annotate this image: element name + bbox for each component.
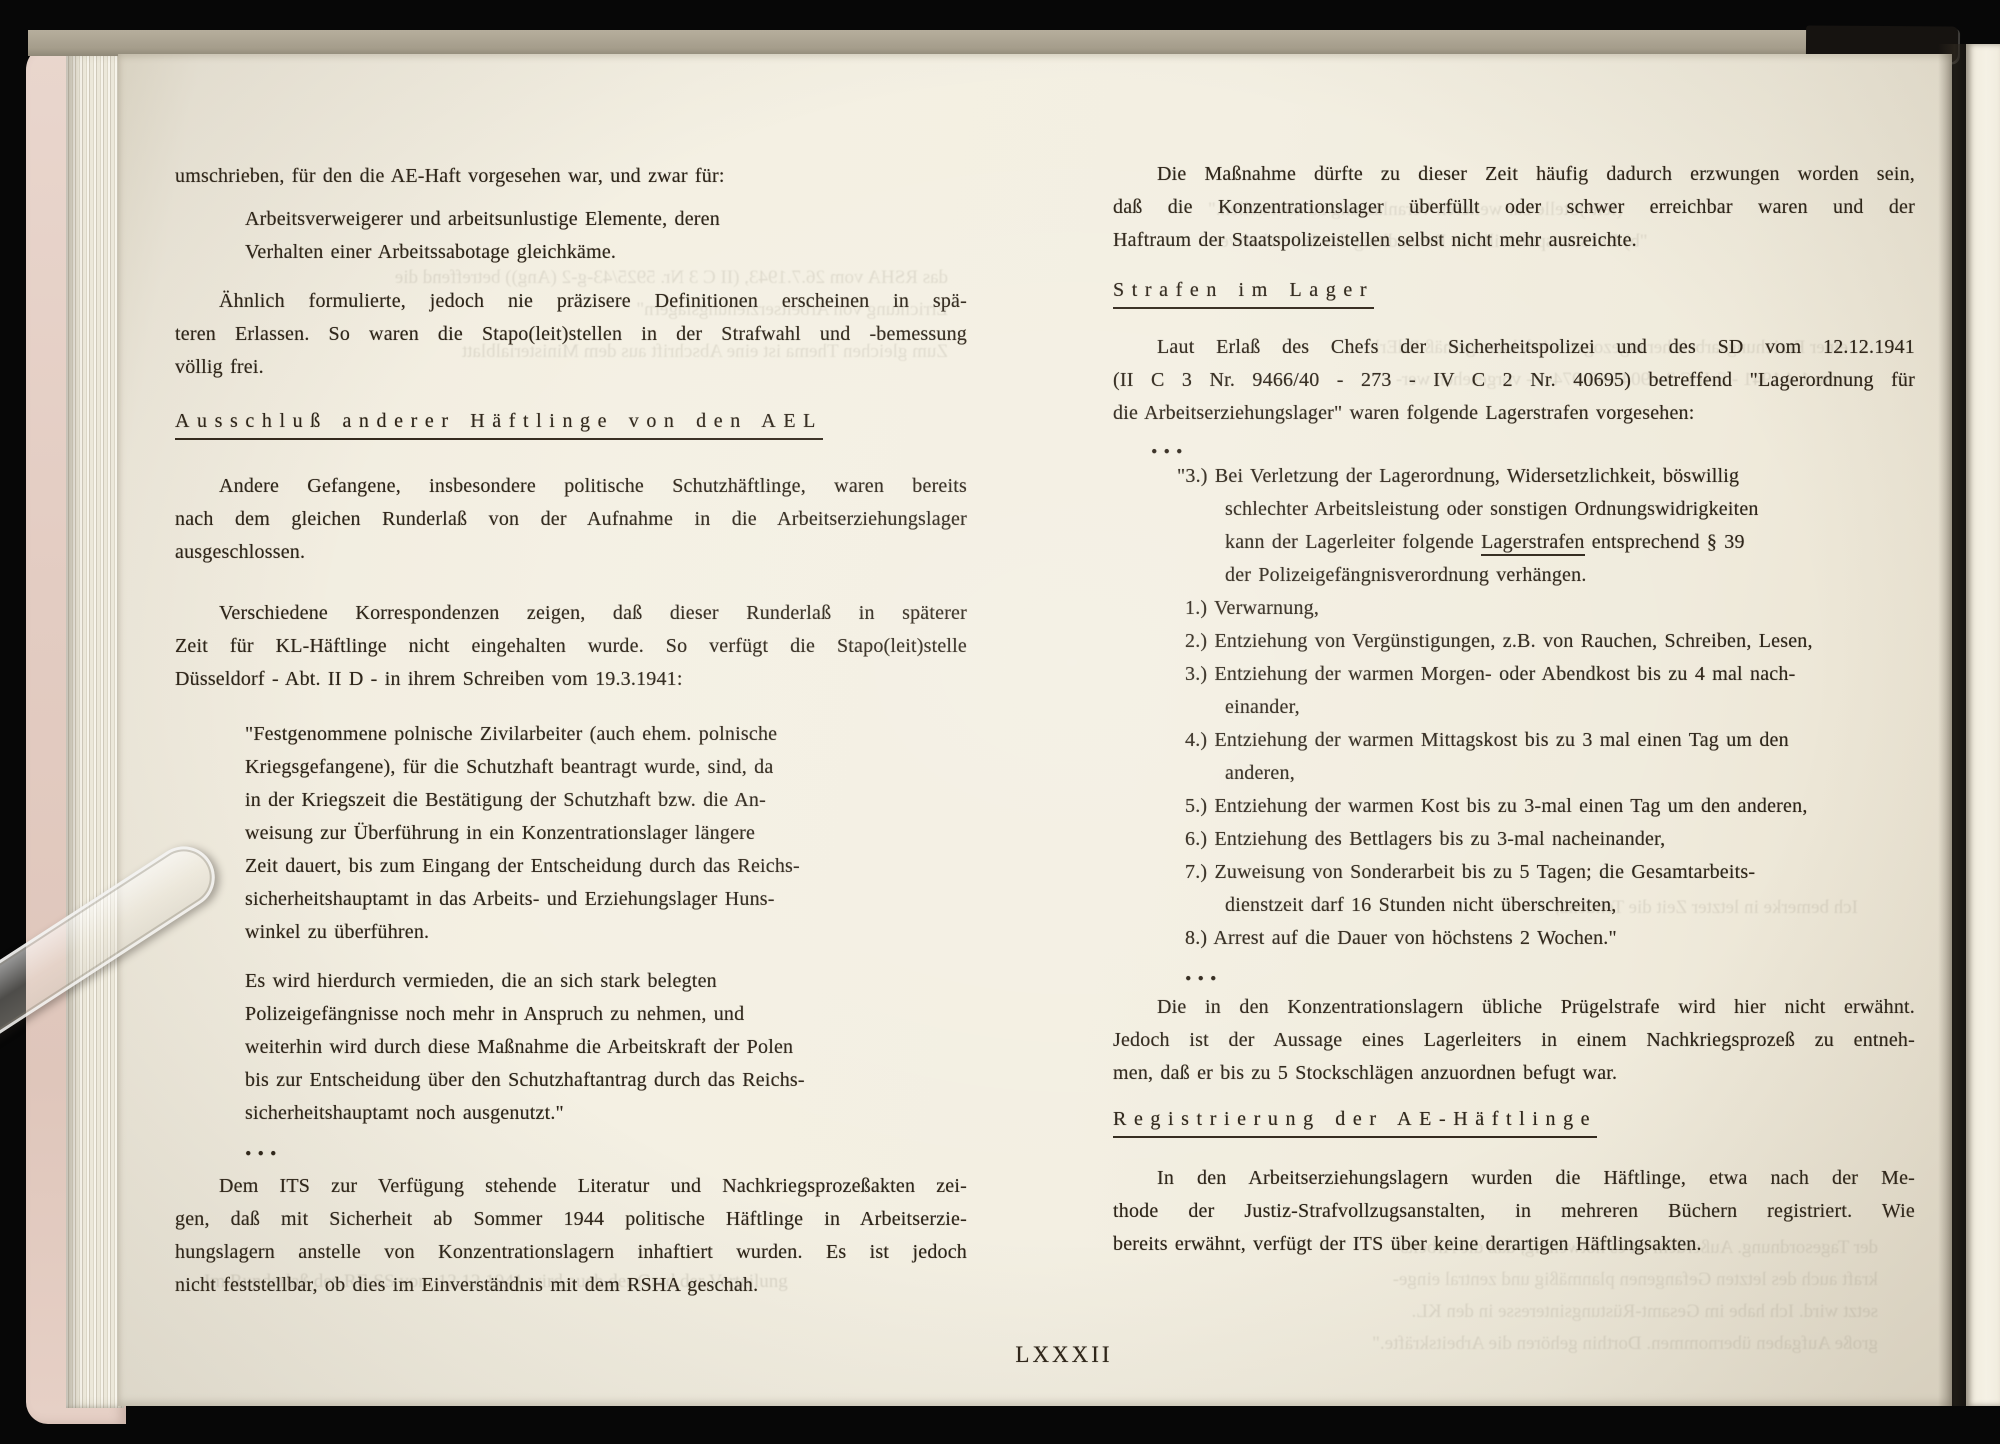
list-item: 5.) Entziehung der warmen Kost bis zu 3-…	[1113, 790, 1915, 823]
section-heading-ausschluss: Ausschluß anderer Häftlinge von den AEL	[175, 410, 967, 440]
text-line: umschrieben, für den die AE-Haft vorgese…	[175, 160, 967, 193]
heading-text: Ausschluß anderer Häftlinge von den AEL	[175, 410, 823, 440]
list-item: 7.) Zuweisung von Sonderarbeit bis zu 5 …	[1113, 856, 1915, 889]
text-line: teren Erlassen. So waren die Stapo(leit)…	[175, 318, 967, 351]
text-line: weisung zur Überführung in ein Konzentra…	[175, 817, 967, 850]
text-line: nicht feststellbar, ob dies im Einverstä…	[175, 1269, 967, 1302]
list-item-continuation: einander,	[1113, 691, 1915, 724]
punishment-list: 1.) Verwarnung, 2.) Entziehung von Vergü…	[1113, 592, 1915, 955]
text-line: In den Arbeitserziehungslagern wurden di…	[1113, 1162, 1915, 1195]
text-line: weiterhin wird durch diese Maßnahme die …	[175, 1031, 967, 1064]
text-line: Polizeigefängnisse noch mehr in Anspruch…	[175, 998, 967, 1031]
paragraph-verschiedene: Verschiedene Korrespondenzen zeigen, daß…	[175, 597, 967, 696]
paragraph-lauterlass: Laut Erlaß des Chefs der Sicherheitspoli…	[1113, 331, 1915, 430]
text-line: in der Kriegszeit die Bestätigung der Sc…	[175, 784, 967, 817]
text-line: sicherheitshauptamt noch ausgenutzt."	[175, 1097, 967, 1130]
book-page: das RSHA vom 26.7.1943, (II C 3 Nr. 5925…	[118, 54, 1952, 1406]
text-line: Kriegsgefangene), für die Schutzhaft bea…	[175, 751, 967, 784]
text-line: Die in den Konzentrationslagern übliche …	[1113, 991, 1915, 1024]
text-line: Verhalten einer Arbeitssabotage gleichkä…	[175, 236, 967, 269]
text-line: nach dem gleichen Runderlaß von der Aufn…	[175, 503, 967, 536]
text-line: (II C 3 Nr. 9466/40 - 273 - IV C 2 Nr. 4…	[1113, 364, 1915, 397]
heading-text: Strafen im Lager	[1113, 279, 1374, 309]
text-segment: kann der Lagerleiter folgende	[1225, 531, 1481, 553]
list-item-continuation: dienstzeit darf 16 Stunden nicht übersch…	[1113, 889, 1915, 922]
list-item: 2.) Entziehung von Vergünstigungen, z.B.…	[1113, 625, 1915, 658]
text-line: Andere Gefangene, insbesondere politisch…	[175, 470, 967, 503]
list-item: 4.) Entziehung der warmen Mittagskost bi…	[1113, 724, 1915, 757]
page-number: LXXXII	[1004, 1342, 1124, 1368]
text-line: Verschiedene Korrespondenzen zeigen, daß…	[175, 597, 967, 630]
list-item: 8.) Arrest auf die Dauer von höchstens 2…	[1113, 922, 1915, 955]
text-line: Zeit für KL-Häftlinge nicht eingehalten …	[175, 630, 967, 663]
paragraph-demits: Dem ITS zur Verfügung stehende Literatur…	[175, 1170, 967, 1302]
left-text-column: umschrieben, für den die AE-Haft vorgese…	[175, 160, 967, 1302]
section-heading-strafen: Strafen im Lager	[1113, 279, 1915, 309]
heading-text: Registrierung der AE-Häftlinge	[1113, 1108, 1597, 1138]
page-block-top-edge	[28, 30, 1808, 56]
paragraph-andere: Andere Gefangene, insbesondere politisch…	[175, 470, 967, 569]
ellipsis-marker: ...	[1113, 434, 1915, 456]
list-item: 6.) Entziehung des Bettlagers bis zu 3-m…	[1113, 823, 1915, 856]
paragraph-intro: umschrieben, für den die AE-Haft vorgese…	[175, 160, 967, 193]
gutter-shadow	[1938, 44, 1966, 1406]
blockquote-lagerordnung: "3.) Bei Verletzung der Lagerordnung, Wi…	[1113, 460, 1915, 592]
text-line: Jedoch ist der Aussage eines Lagerleiter…	[1113, 1024, 1915, 1057]
underlined-word: Lagerstrafen	[1481, 531, 1584, 556]
text-line: Die Maßnahme dürfte zu dieser Zeit häufi…	[1113, 158, 1915, 191]
list-item: 3.) Entziehung der warmen Morgen- oder A…	[1113, 658, 1915, 691]
text-line: Ähnlich formulierte, jedoch nie präziser…	[175, 285, 967, 318]
text-line: thode der Justiz-Strafvollzugsanstalten,…	[1113, 1195, 1915, 1228]
paragraph-massnahme: Die Maßnahme dürfte zu dieser Zeit häufi…	[1113, 158, 1915, 257]
paragraph-inden: In den Arbeitserziehungslagern wurden di…	[1113, 1162, 1915, 1261]
text-line: Düsseldorf - Abt. II D - in ihrem Schrei…	[175, 663, 967, 696]
text-line: winkel zu überführen.	[175, 916, 967, 949]
paragraph-pruegelstrafe: Die in den Konzentrationslagern übliche …	[1113, 991, 1915, 1090]
text-line: schlechter Arbeitsleistung oder sonstige…	[1113, 493, 1915, 526]
text-line: Dem ITS zur Verfügung stehende Literatur…	[175, 1170, 967, 1203]
blockquote-eswird: Es wird hierdurch vermieden, die an sich…	[175, 965, 967, 1130]
ellipsis-marker: ...	[1113, 961, 1915, 983]
text-line: bereits erwähnt, verfügt der ITS über ke…	[1113, 1228, 1915, 1261]
text-line: kann der Lagerleiter folgende Lagerstraf…	[1113, 526, 1915, 559]
list-item: 1.) Verwarnung,	[1113, 592, 1915, 625]
text-line: Arbeitsverweigerer und arbeitsunlustige …	[175, 203, 967, 236]
page-stack-fore-edge	[66, 52, 124, 1408]
text-line: "3.) Bei Verletzung der Lagerordnung, Wi…	[1113, 460, 1915, 493]
text-segment: entsprechend § 39	[1585, 531, 1745, 553]
text-line: gen, daß mit Sicherheit ab Sommer 1944 p…	[175, 1203, 967, 1236]
section-heading-registrierung: Registrierung der AE-Häftlinge	[1113, 1108, 1915, 1138]
blockquote-festgenommene: "Festgenommene polnische Zivilarbeiter (…	[175, 718, 967, 949]
text-line: sicherheitshauptamt in das Arbeits- und …	[175, 883, 967, 916]
text-line: Laut Erlaß des Chefs der Sicherheitspoli…	[1113, 331, 1915, 364]
text-line: die Arbeitserziehungslager" waren folgen…	[1113, 397, 1915, 430]
right-text-column: Die Maßnahme dürfte zu dieser Zeit häufi…	[1113, 158, 1915, 1261]
text-line: daß die Konzentrationslager überfüllt od…	[1113, 191, 1915, 224]
next-page-edge	[1966, 44, 2000, 1406]
ellipsis-marker: ...	[175, 1136, 967, 1158]
text-line: Zeit dauert, bis zum Eingang der Entsche…	[175, 850, 967, 883]
book-scan: das RSHA vom 26.7.1943, (II C 3 Nr. 5925…	[0, 0, 2000, 1444]
text-line: Haftraum der Staatspolizeistellen selbst…	[1113, 224, 1915, 257]
text-line: men, daß er bis zu 5 Stockschlägen anzuo…	[1113, 1057, 1915, 1090]
paragraph-aehnlich: Ähnlich formulierte, jedoch nie präziser…	[175, 285, 967, 384]
text-line: Es wird hierdurch vermieden, die an sich…	[175, 965, 967, 998]
text-line: "Festgenommene polnische Zivilarbeiter (…	[175, 718, 967, 751]
text-line: der Polizeigefängnisverordnung verhängen…	[1113, 559, 1915, 592]
text-line: völlig frei.	[175, 351, 967, 384]
text-line: bis zur Entscheidung über den Schutzhaft…	[175, 1064, 967, 1097]
text-line: hungslagern anstelle von Konzentrationsl…	[175, 1236, 967, 1269]
text-line: ausgeschlossen.	[175, 536, 967, 569]
blockquote-definition: Arbeitsverweigerer und arbeitsunlustige …	[175, 203, 967, 269]
list-item-continuation: anderen,	[1113, 757, 1915, 790]
